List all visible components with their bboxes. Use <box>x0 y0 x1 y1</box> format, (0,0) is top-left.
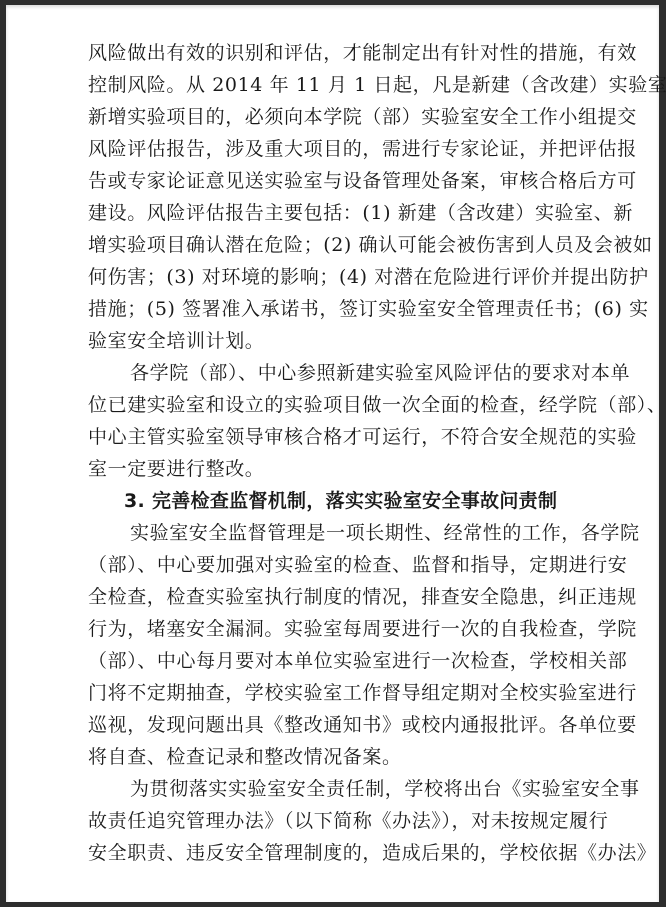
section-heading: 3. 完善检查监督机制，落实实验室安全事故问责制 <box>124 486 604 516</box>
paragraph-line: 将自查、检查记录和整改情况备案。 <box>88 742 608 772</box>
paragraph-line: 增实验项目确认潜在危险；(2) 确认可能会被伤害到人员及会被如 <box>88 230 608 260</box>
paragraph-line: 行为，堵塞安全漏洞。实验室每周要进行一次的自我检查，学院 <box>88 614 608 644</box>
paragraph-line: 为贯彻落实实验室安全责任制，学校将出台《实验室安全事 <box>130 774 608 804</box>
paragraph-line: 控制风险。从 2014 年 11 月 1 日起，凡是新建（含改建）实验室、 <box>88 70 608 100</box>
paragraph-line: 风险做出有效的识别和评估，才能制定出有针对性的措施，有效 <box>88 38 608 68</box>
paragraph-line: 风险评估报告，涉及重大项目的，需进行专家论证，并把评估报 <box>88 134 608 164</box>
paragraph-line: 位已建实验室和设立的实验项目做一次全面的检查，经学院（部）、 <box>88 390 608 420</box>
paragraph-line: 故责任追究管理办法》（以下简称《办法》），对未按规定履行 <box>88 806 608 836</box>
paragraph-line: 各学院（部）、中心参照新建实验室风险评估的要求对本单 <box>130 358 608 388</box>
paragraph-line: 何伤害；(3) 对环境的影响；(4) 对潜在危险进行评价并提出防护 <box>88 262 608 292</box>
paragraph-line: （部）、中心要加强对实验室的检查、监督和指导，定期进行安 <box>88 550 608 580</box>
paragraph-line: 措施；(5) 签署准入承诺书，签订实验室安全管理责任书；(6) 实 <box>88 294 608 324</box>
paragraph-line: 实验室安全监督管理是一项长期性、经常性的工作，各学院 <box>130 518 608 548</box>
paragraph-line: 巡视，发现问题出具《整改通知书》或校内通报批评。各单位要 <box>88 710 608 740</box>
paragraph-line: 门将不定期抽查，学校实验室工作督导组定期对全校实验室进行 <box>88 678 608 708</box>
paragraph-line: 新增实验项目的，必须向本学院（部）实验室安全工作小组提交 <box>88 102 608 132</box>
paragraph-line: 告或专家论证意见送实验室与设备管理处备案，审核合格后方可 <box>88 166 608 196</box>
paragraph-line: 全检查，检查实验室执行制度的情况，排查安全隐患，纠正违规 <box>88 582 608 612</box>
paragraph-line: （部）、中心每月要对本单位实验室进行一次检查，学校相关部 <box>88 646 608 676</box>
paragraph-line: 室一定要进行整改。 <box>88 454 608 484</box>
paragraph-line: 中心主管实验室领导审核合格才可运行，不符合安全规范的实验 <box>88 422 608 452</box>
paragraph-line: 建设。风险评估报告主要包括：(1) 新建（含改建）实验室、新 <box>88 198 608 228</box>
page-number: 4 <box>6 845 659 857</box>
paragraph-line: 验室安全培训计划。 <box>88 326 608 356</box>
document-page: 风险做出有效的识别和评估，才能制定出有针对性的措施，有效 控制风险。从 2014… <box>6 5 659 902</box>
